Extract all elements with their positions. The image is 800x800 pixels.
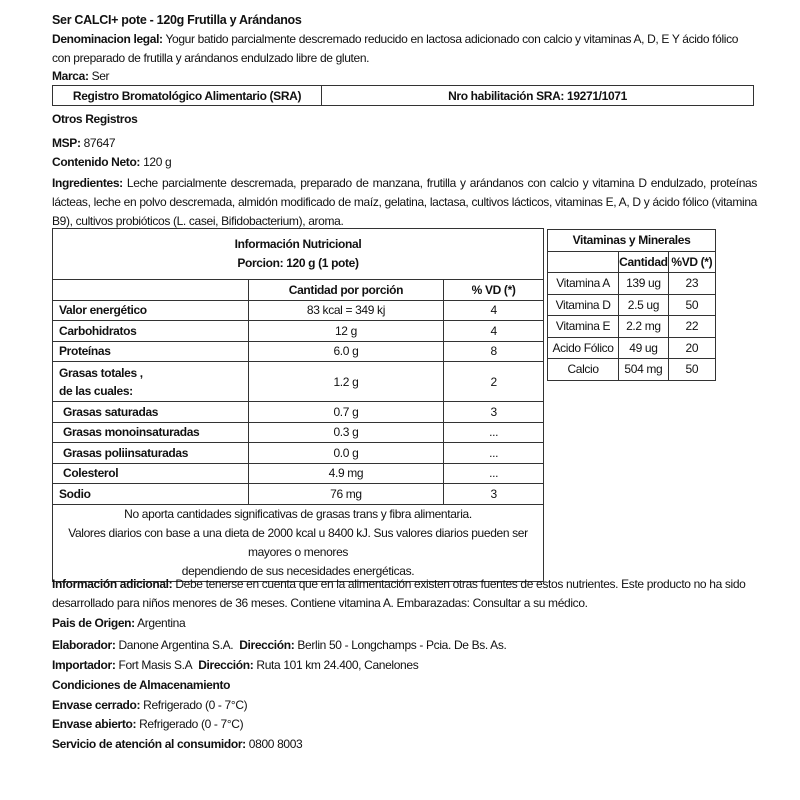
nutrient-amount: 4.9 mg	[248, 463, 444, 484]
vitamins-column-headers: Cantidad %VD (*)	[548, 251, 716, 273]
net-content-label: Contenido Neto:	[52, 155, 140, 169]
nutrient-vd: 3	[444, 484, 544, 505]
msp: MSP: 87647	[52, 134, 757, 153]
brand-label: Marca:	[52, 69, 89, 83]
nutrition-footnote-row: No aporta cantidades significativas de g…	[53, 504, 544, 581]
table-row: Carbohidratos 12 g 4	[53, 321, 544, 342]
storage-open: Envase abierto: Refrigerado (0 - 7°C)	[52, 715, 757, 734]
nutrient-name-line1: Grasas totales ,	[59, 364, 242, 382]
nutrition-header-row: Información Nutricional Porcion: 120 g (…	[53, 229, 544, 280]
nutrition-portion: Porcion: 120 g (1 pote)	[59, 254, 537, 273]
vitamins-table: Vitaminas y Minerales Cantidad %VD (*) V…	[547, 229, 716, 381]
nutrition-footnote: No aporta cantidades significativas de g…	[53, 504, 544, 581]
brand-value: Ser	[92, 69, 110, 83]
storage-heading: Condiciones de Almacenamiento	[52, 676, 757, 695]
net-content-value: 120 g	[143, 155, 171, 169]
nutrition-column-headers: Cantidad por porción % VD (*)	[53, 280, 544, 301]
vitamin-name: Acido Fólico	[548, 337, 619, 359]
vitamin-amount: 139 ug	[619, 273, 669, 295]
vitamin-name: Calcio	[548, 359, 619, 381]
nutrient-name-line2: de las cuales:	[59, 382, 242, 400]
legal-name-label: Denominacion legal:	[52, 32, 163, 46]
table-row: Vitamina A 139 ug 23	[548, 273, 716, 295]
nutrition-table: Información Nutricional Porcion: 120 g (…	[52, 228, 544, 582]
manufacturer-value: Danone Argentina S.A.	[118, 638, 233, 652]
nutrient-vd: 4	[444, 321, 544, 342]
column-header-vd: %VD (*)	[668, 251, 715, 273]
footnote-line: No aporta cantidades significativas de g…	[59, 505, 537, 524]
legal-name: Denominacion legal: Yogur batido parcial…	[52, 30, 757, 68]
storage-open-value: Refrigerado (0 - 7°C)	[139, 717, 243, 731]
vitamins-title-row: Vitaminas y Minerales	[548, 230, 716, 252]
table-row: Calcio 504 mg 50	[548, 359, 716, 381]
nutrient-name: Grasas poliinsaturadas	[53, 443, 249, 464]
column-header-vd: % VD (*)	[444, 280, 544, 301]
product-title: Ser CALCI+ pote - 120g Frutilla y Aránda…	[52, 11, 757, 30]
nutrition-title: Información Nutricional	[59, 235, 537, 254]
footnote-line: Valores diarios con base a una dieta de …	[59, 524, 537, 562]
column-header-amount: Cantidad por porción	[248, 280, 444, 301]
importer-label: Importador:	[52, 658, 115, 672]
country-of-origin: Pais de Origen: Argentina	[52, 614, 757, 633]
msp-value: 87647	[84, 136, 116, 150]
vitamin-amount: 504 mg	[619, 359, 669, 381]
nutrient-amount: 0.7 g	[248, 402, 444, 423]
column-header-nutrient	[53, 280, 249, 301]
ingredients: Ingredientes: Leche parcialmente descrem…	[52, 174, 757, 231]
additional-info-label: Información adicional:	[52, 577, 172, 591]
table-row: Vitamina D 2.5 ug 50	[548, 294, 716, 316]
customer-service-label: Servicio de atención al consumidor:	[52, 737, 246, 751]
sra-registry-label: Registro Bromatológico Alimentario (SRA)	[53, 86, 322, 105]
nutrient-vd: ...	[444, 443, 544, 464]
importer-address: Ruta 101 km 24.400, Canelones	[256, 658, 418, 672]
nutrient-name: Colesterol	[53, 463, 249, 484]
importer-address-label: Dirección:	[198, 658, 253, 672]
storage-open-label: Envase abierto:	[52, 717, 136, 731]
customer-service: Servicio de atención al consumidor: 0800…	[52, 735, 757, 754]
column-header-vitamin	[548, 251, 619, 273]
additional-info: Información adicional: Debe tenerse en c…	[52, 575, 757, 613]
nutrient-amount: 83 kcal = 349 kj	[248, 300, 444, 321]
ingredients-value: Leche parcialmente descremada, preparado…	[52, 176, 757, 228]
nutrient-name: Carbohidratos	[53, 321, 249, 342]
customer-service-value: 0800 8003	[249, 737, 303, 751]
table-row: Valor energético 83 kcal = 349 kj 4	[53, 300, 544, 321]
nutrient-name: Grasas totales , de las cuales:	[53, 362, 249, 402]
vitamin-vd: 50	[668, 359, 715, 381]
table-row: Grasas poliinsaturadas 0.0 g ...	[53, 443, 544, 464]
vitamin-name: Vitamina D	[548, 294, 619, 316]
vitamin-amount: 2.5 ug	[619, 294, 669, 316]
nutrition-title-cell: Información Nutricional Porcion: 120 g (…	[53, 229, 544, 280]
nutrient-name: Proteínas	[53, 341, 249, 362]
nutrient-amount: 76 mg	[248, 484, 444, 505]
sra-number: Nro habilitación SRA: 19271/1071	[322, 86, 753, 105]
table-row: Proteínas 6.0 g 8	[53, 341, 544, 362]
importer-value: Fort Masis S.A	[118, 658, 192, 672]
nutrient-name: Sodio	[53, 484, 249, 505]
table-row: Colesterol 4.9 mg ...	[53, 463, 544, 484]
nutrient-vd: 3	[444, 402, 544, 423]
nutrient-amount: 6.0 g	[248, 341, 444, 362]
table-row: Sodio 76 mg 3	[53, 484, 544, 505]
vitamin-vd: 23	[668, 273, 715, 295]
manufacturer-label: Elaborador:	[52, 638, 116, 652]
vitamin-name: Vitamina A	[548, 273, 619, 295]
nutrient-vd: 2	[444, 362, 544, 402]
vitamin-vd: 22	[668, 316, 715, 338]
manufacturer: Elaborador: Danone Argentina S.A. Direcc…	[52, 636, 757, 655]
other-registries-heading: Otros Registros	[52, 110, 757, 129]
nutrient-vd: ...	[444, 463, 544, 484]
table-row: Grasas totales , de las cuales: 1.2 g 2	[53, 362, 544, 402]
ingredients-label: Ingredientes:	[52, 176, 123, 190]
vitamin-name: Vitamina E	[548, 316, 619, 338]
storage-closed: Envase cerrado: Refrigerado (0 - 7°C)	[52, 696, 757, 715]
origin-label: Pais de Origen:	[52, 616, 135, 630]
manufacturer-address: Berlin 50 - Longchamps - Pcia. De Bs. As…	[297, 638, 506, 652]
nutrient-amount: 1.2 g	[248, 362, 444, 402]
vitamin-amount: 2.2 mg	[619, 316, 669, 338]
table-row: Vitamina E 2.2 mg 22	[548, 316, 716, 338]
vitamin-vd: 20	[668, 337, 715, 359]
vitamin-vd: 50	[668, 294, 715, 316]
sra-table: Registro Bromatológico Alimentario (SRA)…	[52, 85, 754, 106]
nutrient-name: Valor energético	[53, 300, 249, 321]
storage-closed-value: Refrigerado (0 - 7°C)	[143, 698, 247, 712]
vitamins-title: Vitaminas y Minerales	[548, 230, 716, 252]
vitamin-amount: 49 ug	[619, 337, 669, 359]
nutrient-name: Grasas monoinsaturadas	[53, 422, 249, 443]
nutrient-amount: 0.3 g	[248, 422, 444, 443]
nutrient-vd: 8	[444, 341, 544, 362]
nutrient-vd: 4	[444, 300, 544, 321]
msp-label: MSP:	[52, 136, 81, 150]
storage-closed-label: Envase cerrado:	[52, 698, 140, 712]
origin-value: Argentina	[137, 616, 185, 630]
manufacturer-address-label: Dirección:	[239, 638, 294, 652]
brand: Marca: Ser	[52, 67, 757, 86]
nutrient-vd: ...	[444, 422, 544, 443]
table-row: Grasas saturadas 0.7 g 3	[53, 402, 544, 423]
column-header-amount: Cantidad	[619, 251, 669, 273]
net-content: Contenido Neto: 120 g	[52, 153, 757, 172]
nutrient-name: Grasas saturadas	[53, 402, 249, 423]
nutrient-amount: 12 g	[248, 321, 444, 342]
table-row: Grasas monoinsaturadas 0.3 g ...	[53, 422, 544, 443]
table-row: Acido Fólico 49 ug 20	[548, 337, 716, 359]
nutrient-amount: 0.0 g	[248, 443, 444, 464]
importer: Importador: Fort Masis S.A Dirección: Ru…	[52, 656, 757, 675]
